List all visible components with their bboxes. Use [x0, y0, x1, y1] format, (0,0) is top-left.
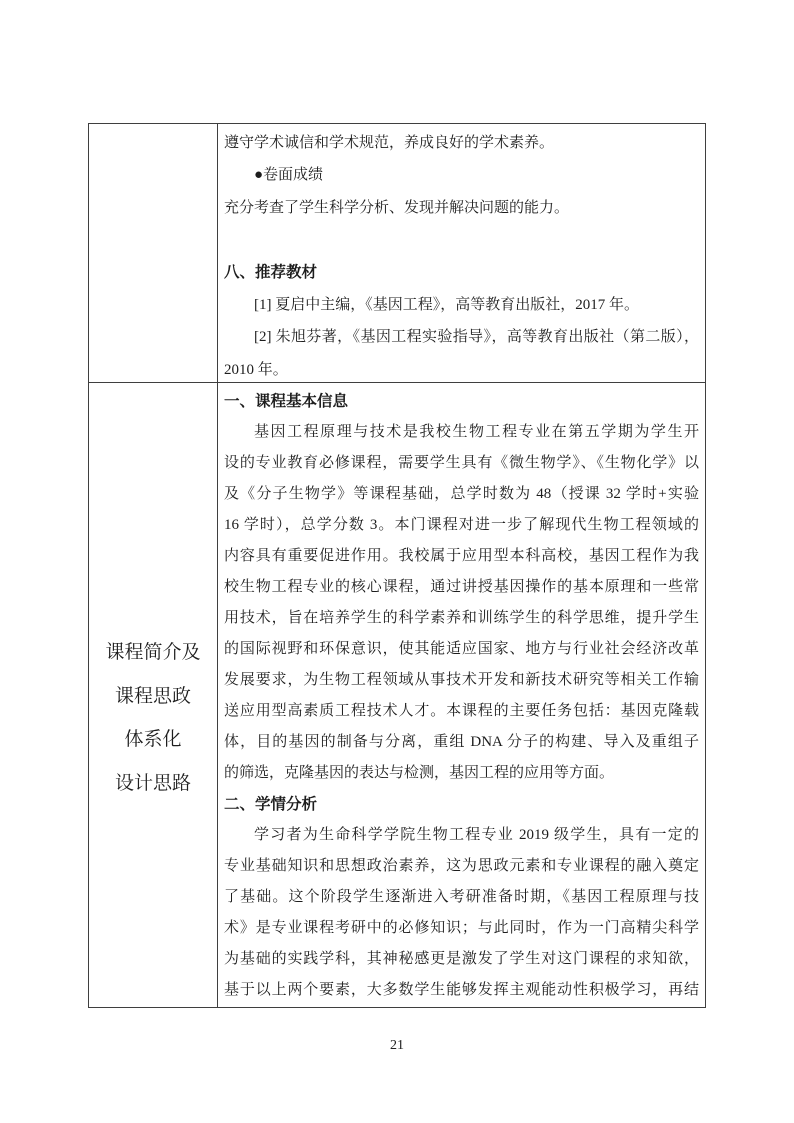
text-line: 校生物工程专业的核心课程，通过讲授基因操作的基本原理和一些常 — [224, 572, 699, 603]
document-page: 遵守学术诚信和学术规范，养成良好的学术素养。 ●卷面成绩 充分考查了学生科学分析… — [0, 0, 794, 1123]
text-line: 学习者为生命科学学院生物工程专业 2019 级学生，具有一定的 — [224, 820, 699, 851]
row-label-line: 课程思政 — [105, 675, 200, 719]
text-line: 了基础。这个阶段学生逐渐进入考研准备时期，《基因工程原理与技 — [224, 882, 699, 913]
table-row1-label-cell — [89, 124, 218, 383]
reference-item: [2] 朱旭芬著，《基因工程实验指导》，高等教育出版社（第二版）， — [224, 321, 699, 353]
bullet-item: ●卷面成绩 — [224, 159, 699, 191]
table-row2-content-cell: 一、课程基本信息 基因工程原理与技术是我校生物工程专业在第五学期为学生开 设的专… — [218, 383, 705, 1007]
text-line: 为基础的实践学科，其神秘感更是激发了学生对这门课程的求知欲， — [224, 944, 699, 975]
text-line: 充分考查了学生科学分析、发现并解决问题的能力。 — [224, 192, 699, 224]
section-heading-learner-analysis: 二、学情分析 — [224, 789, 699, 820]
row-label-line: 课程简介及 — [105, 631, 200, 675]
row-label-line: 体系化 — [105, 718, 200, 762]
text-line: 体，目的基因的制备与分离，重组 DNA 分子的构建、导入及重组子 — [224, 727, 699, 758]
text-line: 专业基础知识和思想政治素养，这为思政元素和专业课程的融入奠定 — [224, 851, 699, 882]
text-line: 遵守学术诚信和学术规范，养成良好的学术素养。 — [224, 127, 699, 159]
text-line: 术》是专业课程考研中的必修知识；与此同时，作为一门高精尖科学 — [224, 913, 699, 944]
section-heading-recommended-textbooks: 八、推荐教材 — [224, 257, 699, 289]
row-label-line: 设计思路 — [105, 762, 200, 806]
reference-item: [1] 夏启中主编，《基因工程》，高等教育出版社，2017 年。 — [224, 289, 699, 321]
text-line: 基于以上两个要素，大多数学生能够发挥主观能动性积极学习，再结 — [224, 975, 699, 1006]
table-row2-label-cell: 课程简介及 课程思政 体系化 设计思路 — [89, 383, 218, 1007]
text-line: 的筛选，克隆基因的表达与检测，基因工程的应用等方面。 — [224, 758, 699, 789]
blank-line — [224, 224, 699, 256]
text-line: 发展要求，为生物工程领域从事技术开发和新技术研究等相关工作输 — [224, 665, 699, 696]
page-number: 21 — [0, 1038, 794, 1054]
text-line: 送应用型高素质工程技术人才。本课程的主要任务包括：基因克隆载 — [224, 696, 699, 727]
text-line: 的国际视野和环保意识，使其能适应国家、地方与行业社会经济改革 — [224, 634, 699, 665]
text-line: 设的专业教育必修课程，需要学生具有《微生物学》、《生物化学》以 — [224, 448, 699, 479]
text-line: 基因工程原理与技术是我校生物工程专业在第五学期为学生开 — [224, 417, 699, 448]
text-line: 16 学时），总学分数 3。本门课程对进一步了解现代生物工程领域的 — [224, 510, 699, 541]
text-line: 用技术，旨在培养学生的科学素养和训练学生的科学思维，提升学生 — [224, 603, 699, 634]
table-row1-content-cell: 遵守学术诚信和学术规范，养成良好的学术素养。 ●卷面成绩 充分考查了学生科学分析… — [218, 124, 705, 383]
section-heading-course-basic-info: 一、课程基本信息 — [224, 386, 699, 417]
reference-item-continuation: 2010 年。 — [224, 354, 699, 383]
text-line: 内容具有重要促进作用。我校属于应用型本科高校，基因工程作为我 — [224, 541, 699, 572]
row-label: 课程简介及 课程思政 体系化 设计思路 — [105, 631, 200, 805]
text-line: 及《分子生物学》等课程基础，总学时数为 48（授课 32 学时+实验 — [224, 479, 699, 510]
syllabus-table: 遵守学术诚信和学术规范，养成良好的学术素养。 ●卷面成绩 充分考查了学生科学分析… — [88, 123, 706, 1008]
